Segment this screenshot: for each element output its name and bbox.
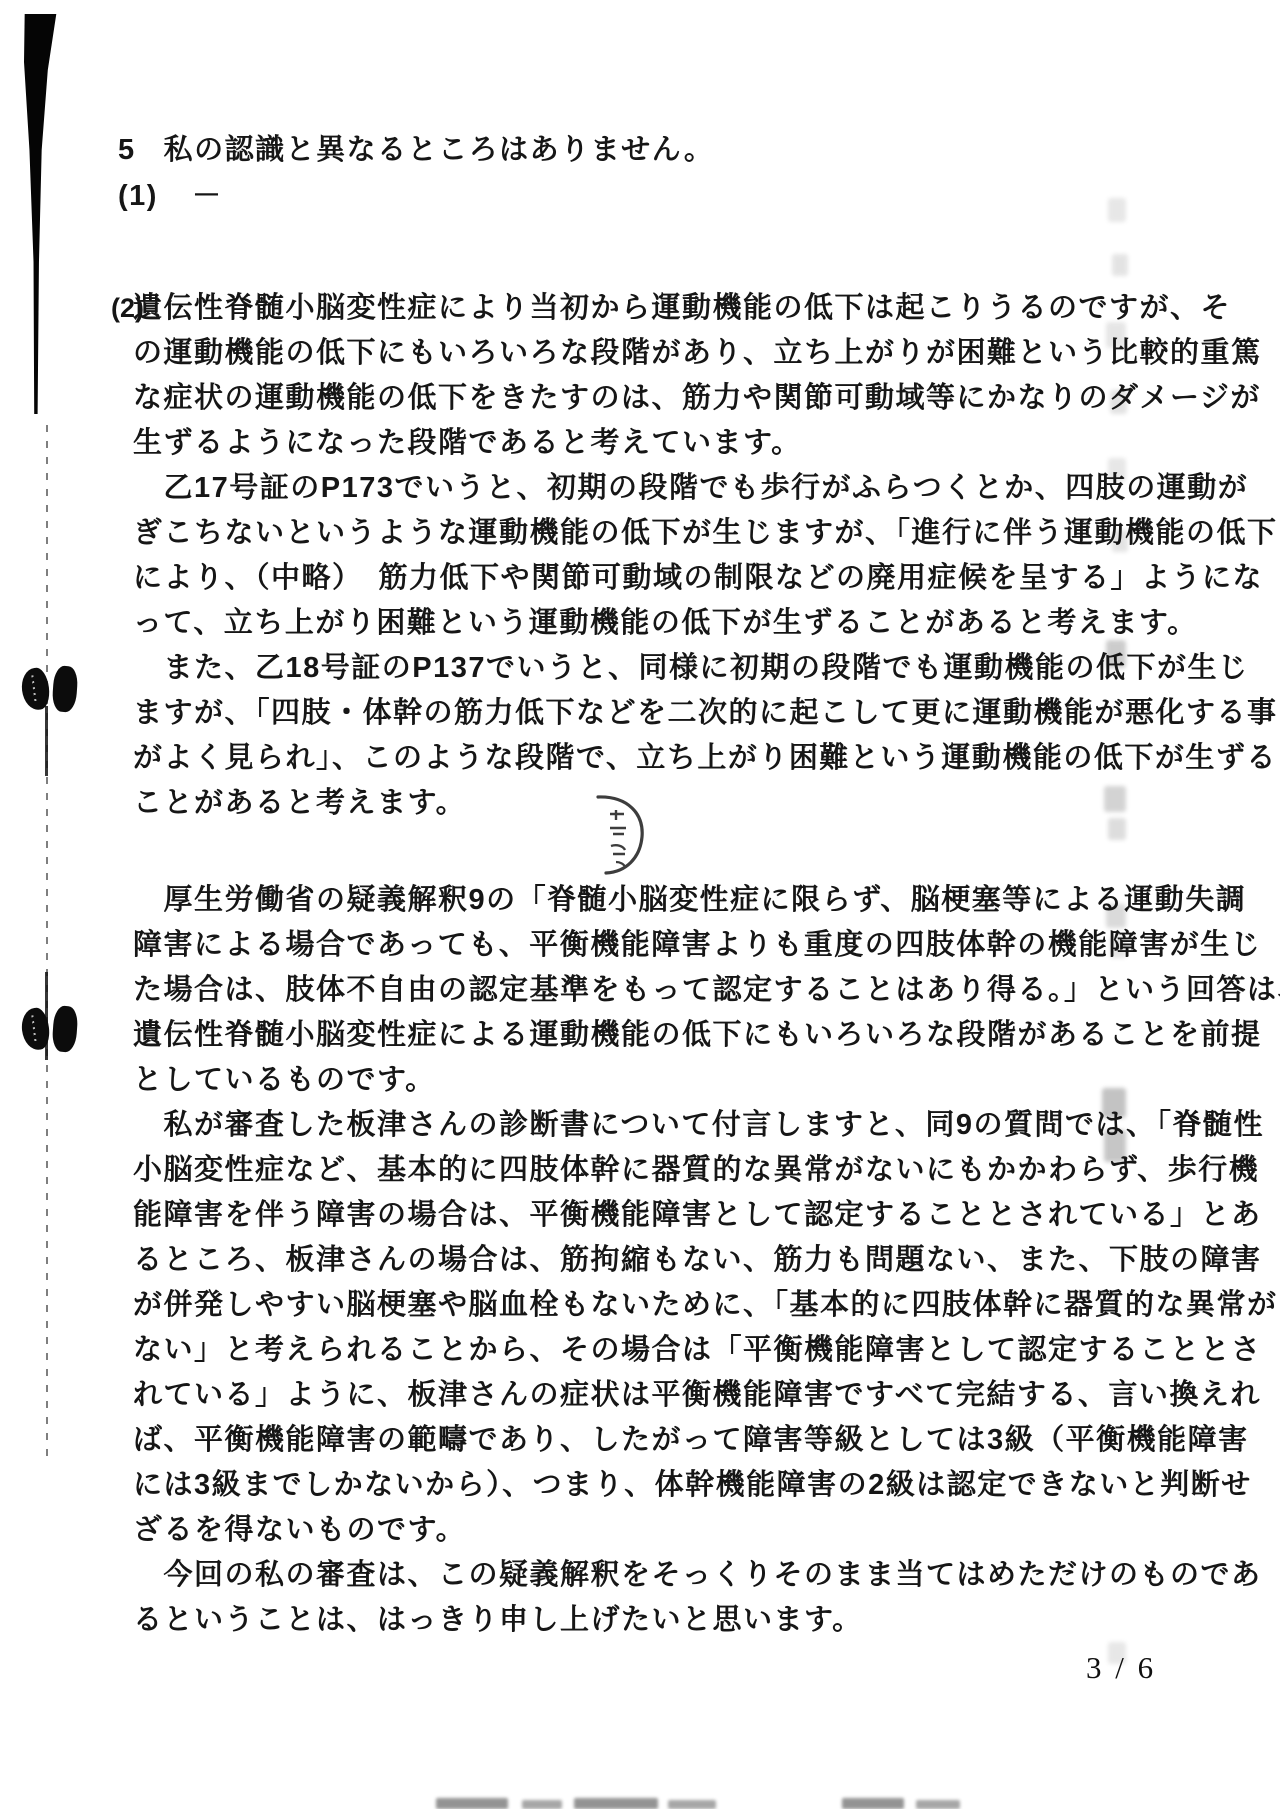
text-line: 私が審査した板津さんの診断書について付言しますと、同9の質問では、「脊髄性 (133, 1103, 1093, 1148)
bleed-mark (1108, 818, 1126, 840)
text-line: ざるを得ないものです。 (133, 1508, 1093, 1553)
text-line: また、乙18号証のP137でいうと、同様に初期の段階でも運動機能の低下が生じ (133, 646, 1093, 691)
text-line: な症状の運動機能の低下をきたすのは、筋力や関節可動域等にかなりのダメージが (133, 376, 1093, 421)
item-2-number: (2) (111, 286, 144, 331)
text-line: るところ、板津さんの場合は、筋拘縮もない、筋力も問題ない、また、下肢の障害 (133, 1238, 1093, 1283)
item-1-number: (1) (118, 174, 158, 219)
bleed-mark (574, 1798, 658, 1809)
text-line: た場合は、肢体不自由の認定基準をもって認定することはあり得る。」という回答は、 (133, 968, 1093, 1013)
text-line: 生ずるようになった段階であると考えています。 (133, 421, 1093, 466)
bleed-mark (1104, 786, 1126, 812)
interpretation-body: 厚生労働省の疑義解釈9の「脊髄小脳変性症に限らず、脳梗塞等による運動失調障害によ… (133, 878, 1093, 1643)
section-5-heading: 5 私の認識と異なるところはありません。 (118, 128, 714, 173)
section-heading-text: 私の認識と異なるところはありません。 (164, 128, 715, 173)
left-margin-scan-line (46, 425, 48, 1465)
scan-streak-artifact (24, 14, 58, 414)
binder-mark-icon (20, 1007, 52, 1052)
bleed-mark (436, 1798, 508, 1809)
text-line: の運動機能の低下にもいろいろな段階があり、立ち上がりが困難という比較的重篤 (133, 331, 1093, 376)
item-2-body: 遺伝性脊髄小脳変性症により当初から運動機能の低下は起こりうるのですが、その運動機… (133, 286, 1093, 826)
text-line: れている」ように、板津さんの症状は平衡機能障害ですべて完結する、言い換えれ (133, 1373, 1093, 1418)
bleed-mark (842, 1798, 904, 1809)
binder-mark-icon (51, 665, 78, 713)
text-line: により、（中略） 筋力低下や関節可動域の制限などの廃用症候を呈する」ようにな (133, 556, 1093, 601)
paragraph-item-2: (2) 遺伝性脊髄小脳変性症により当初から運動機能の低下は起こりうるのですが、そ… (133, 286, 1093, 826)
text-line: 能障害を伴う障害の場合は、平衡機能障害として認定することとされている」とあ (133, 1193, 1093, 1238)
text-line: 乙17号証のP173でいうと、初期の段階でも歩行がふらつくとか、四肢の運動が (133, 466, 1093, 511)
binder-mark-pair (22, 1006, 78, 1052)
left-margin-scan-line-segment (45, 706, 48, 776)
text-line: 厚生労働省の疑義解釈9の「脊髄小脳変性症に限らず、脳梗塞等による運動失調 (133, 878, 1093, 923)
bleed-mark (1108, 198, 1126, 222)
page-number: 3 / 6 (1086, 1650, 1156, 1686)
binder-mark-icon (51, 1005, 78, 1053)
text-line: には3級までしかないから）、つまり、体幹機能障害の2級は認定できないと判断せ (133, 1463, 1093, 1508)
text-line: 小脳変性症など、基本的に四肢体幹に器質的な異常がないにもかかわらず、歩行機 (133, 1148, 1093, 1193)
item-1-text: － (192, 174, 223, 219)
paragraph-interpretation: 厚生労働省の疑義解釈9の「脊髄小脳変性症に限らず、脳梗塞等による運動失調障害によ… (133, 878, 1093, 1643)
text-line: がよく見られ」、このような段階で、立ち上がり困難という運動機能の低下が生ずる (133, 736, 1093, 781)
text-line: ば、平衡機能障害の範疇であり、したがって障害等級としては3級（平衡機能障害 (133, 1418, 1093, 1463)
text-line: ことがあると考えます。 (133, 781, 1093, 826)
section-number: 5 (118, 128, 136, 173)
binder-mark-pair (22, 666, 78, 712)
text-line: 遺伝性脊髄小脳変性症による運動機能の低下にもいろいろな段階があることを前提 (133, 1013, 1093, 1058)
text-line: としているものです。 (133, 1058, 1093, 1103)
text-line: 遺伝性脊髄小脳変性症により当初から運動機能の低下は起こりうるのですが、そ (133, 286, 1093, 331)
bleed-mark (1112, 254, 1128, 276)
scanned-document-page: 5 私の認識と異なるところはありません。 (1) － (2) 遺伝性脊髄小脳変性… (0, 0, 1280, 1809)
bleed-mark (916, 1800, 960, 1809)
text-line: ない」と考えられることから、その場合は「平衡機能障害として認定することとさ (133, 1328, 1093, 1373)
text-line: って、立ち上がり困難という運動機能の低下が生ずることがあると考えます。 (133, 601, 1093, 646)
text-line: ますが、「四肢・体幹の筋力低下などを二次的に起こして更に運動機能が悪化する事 (133, 691, 1093, 736)
text-line: 障害による場合であっても、平衡機能障害よりも重度の四肢体幹の機能障害が生じ (133, 923, 1093, 968)
text-line: 今回の私の審査は、この疑義解釈をそっくりそのまま当てはめただけのものであ (133, 1553, 1093, 1598)
bleed-mark (522, 1800, 562, 1809)
text-line: ぎこちないというような運動機能の低下が生じますが、「進行に伴う運動機能の低下 (133, 511, 1093, 556)
text-line: が併発しやすい脳梗塞や脳血栓もないために、「基本的に四肢体幹に器質的な異常が (133, 1283, 1093, 1328)
bleed-mark (668, 1800, 716, 1809)
item-1: (1) － (118, 174, 222, 219)
text-line: るということは、はっきり申し上げたいと思います。 (133, 1598, 1093, 1643)
binder-mark-icon (20, 667, 52, 712)
